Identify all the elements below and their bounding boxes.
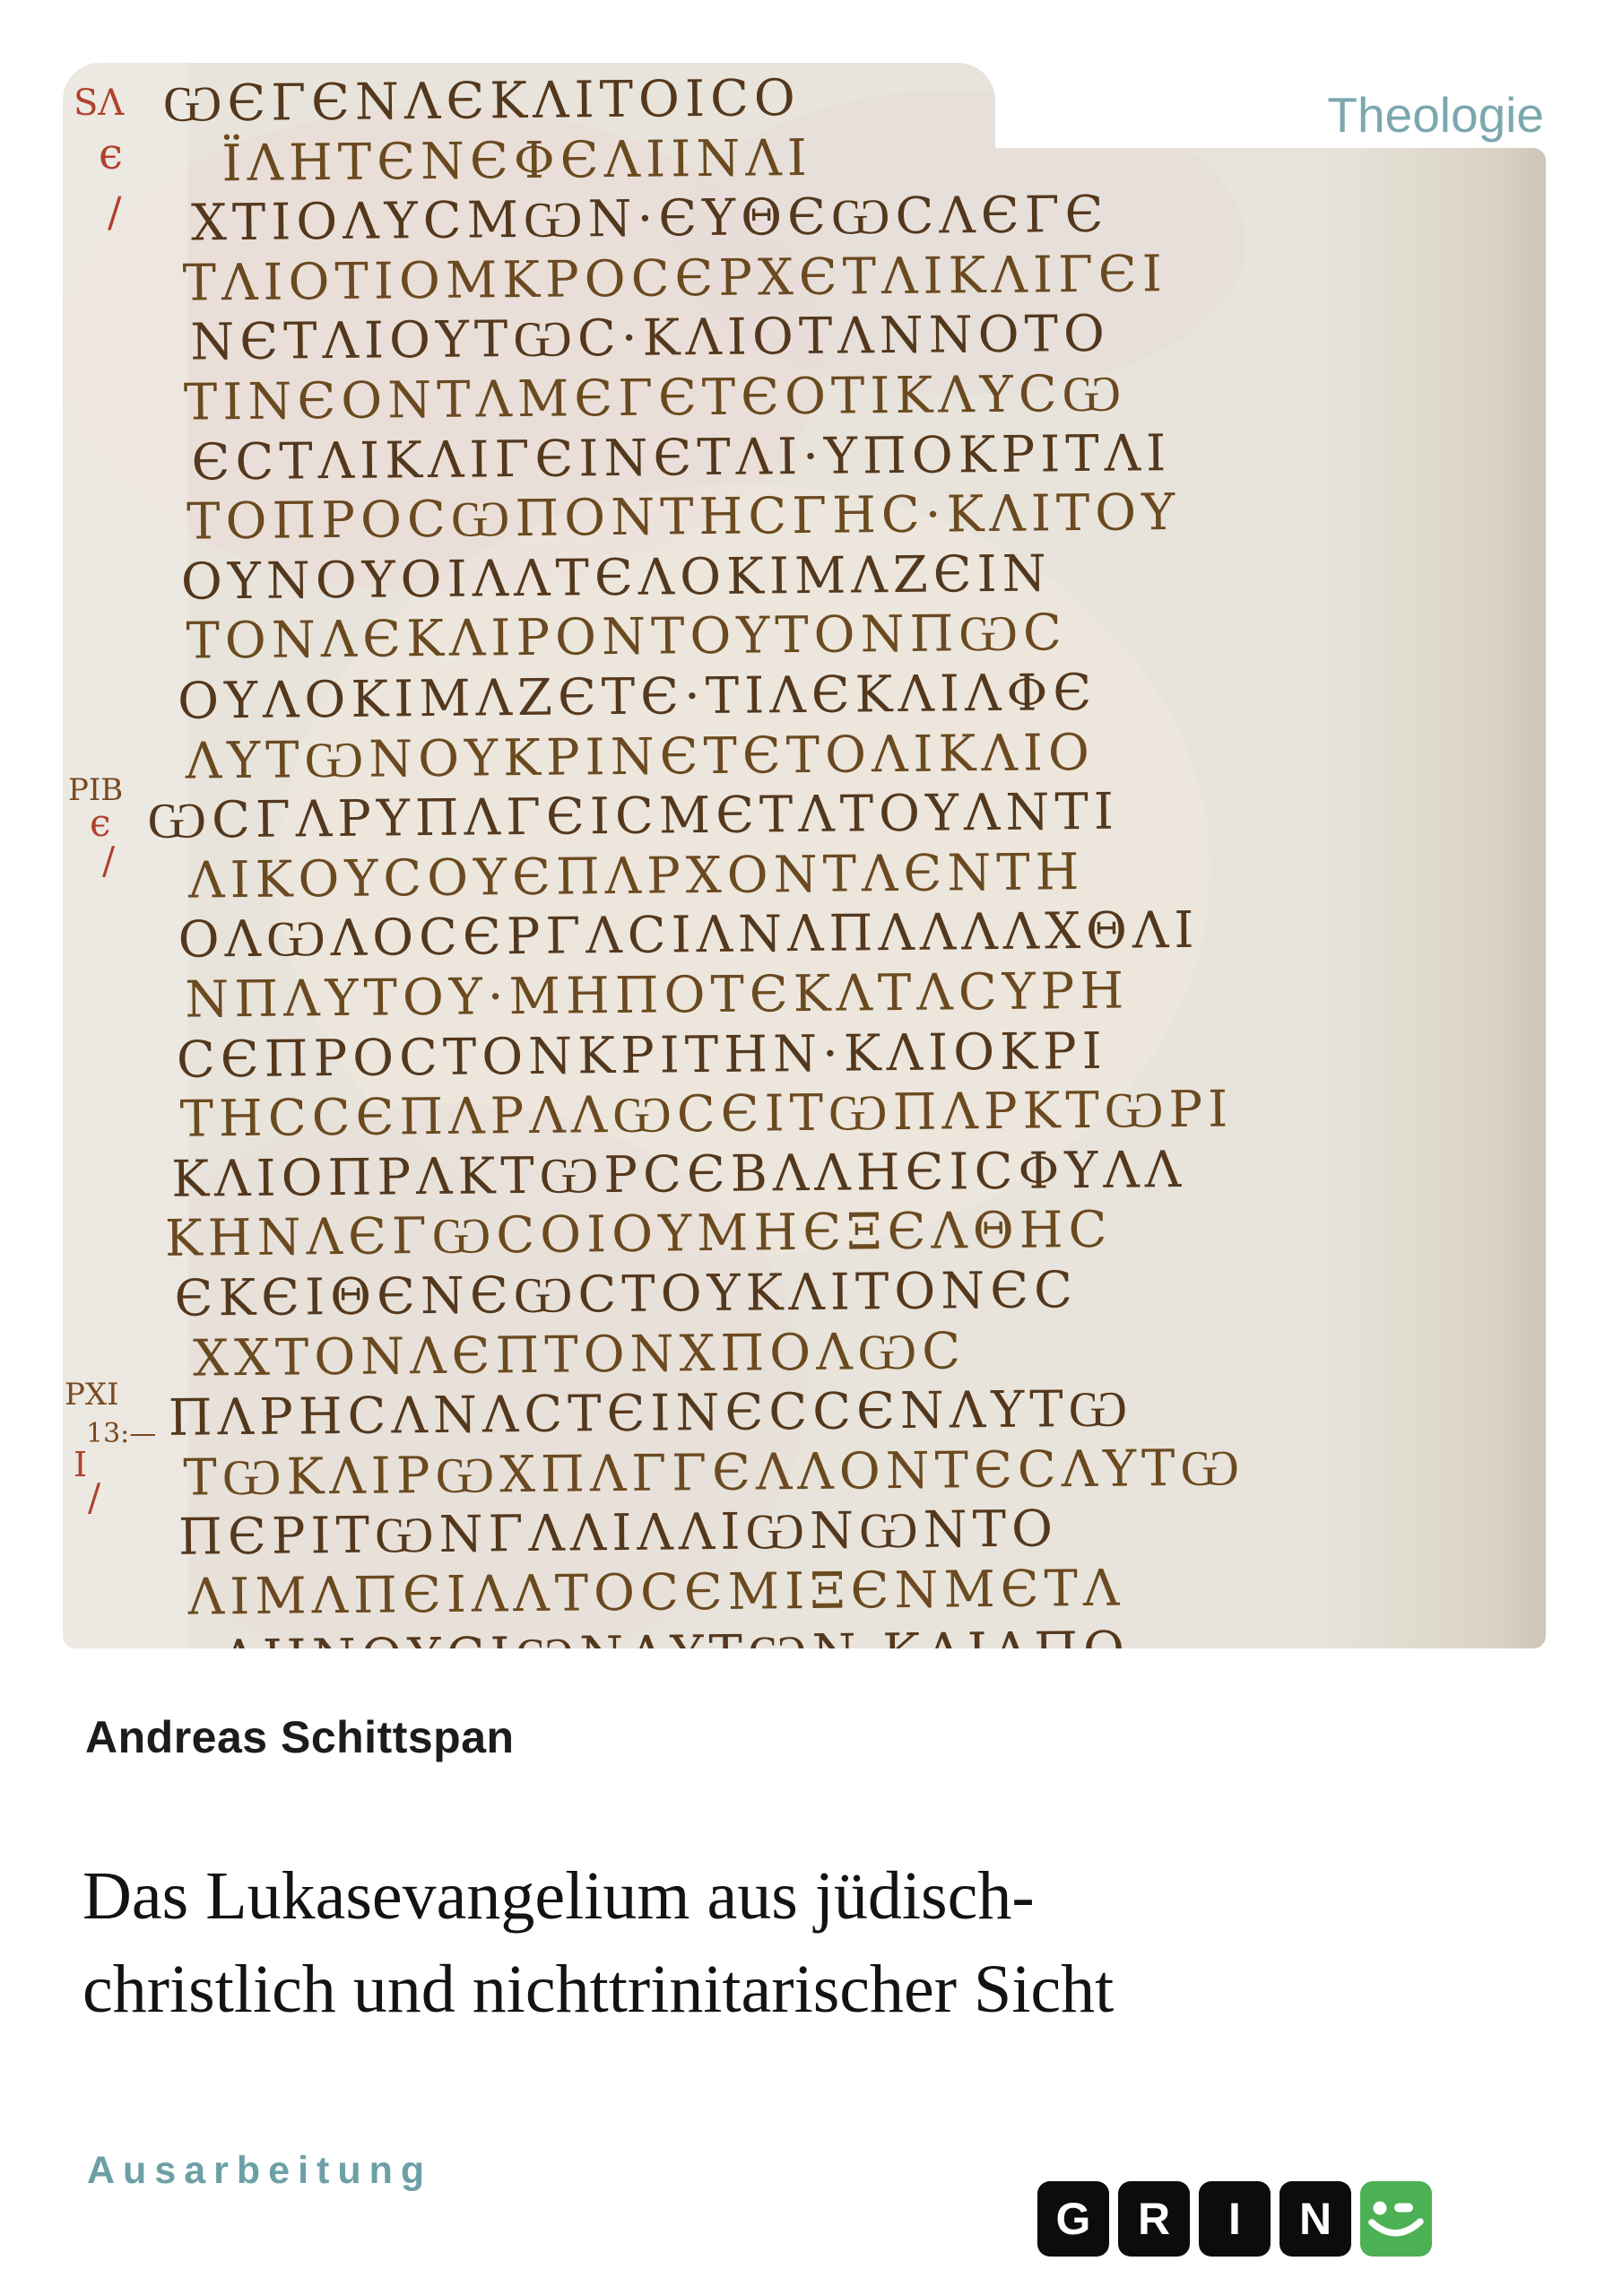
manuscript-text-line: ΟΛѠΛΟСЄΡΓΛСΙΛΝΛΠΛΛΛΛΧΘΛΙ [178,901,1199,970]
manuscript-text-line: ΛΥΤѠΝΟΥΚΡΙΝЄΤЄΤΟΛΙΚΛΙΟ [184,724,1095,791]
manuscript-margin-mark: / [108,187,122,236]
manuscript-text-line: ΤΟΝΛЄΚΛΙΡΟΝΤΟΥΤΟΝΠѠС [186,604,1067,670]
manuscript-margin-mark: ЅΛ [74,83,125,124]
manuscript-text-line: ΝΠΛΥΤΟΥ·ΜΗΠΟΤЄΚΛΤΛСΥΡΗ [185,962,1129,1030]
book-title-line1: Das Lukasevangelium aus jüdisch- [82,1858,1035,1934]
manuscript-text-line: ЄΚЄΙΘЄΝЄѠСΤΟΥΚΛΙΤΟΝЄС [174,1261,1078,1328]
grin-smiley-icon [1360,2181,1432,2257]
grin-logo-letters: GRIN [1037,2181,1351,2257]
manuscript-text-line: ΛΙΚΟΥСΟΥЄΠΛΡΧΟΝΤΛЄΝΤΗ [187,843,1085,910]
manuscript-text-line: ΤΛΙΟΤΙΟΜΚΡΟСЄΡΧЄΤΛΙΚΛΙΓЄΙ [182,245,1167,313]
manuscript-margin-mark: Ι [74,1445,87,1484]
author-name: Andreas Schittspan [85,1711,515,1763]
book-title-line2: christlich und nichttrinitarischer Sicht [82,1952,1114,2027]
grin-logo-letter-box: G [1037,2181,1109,2257]
book-cover-page: ѠЄΓЄΝΛЄΚΛΙΤΟΙСΟЇΛΗΤЄΝЄΦЄΛΙΙΝΛΙΧΤΙΟΛΥСΜѠΝ… [0,0,1622,2296]
manuscript-margin-mark: / [102,839,116,883]
manuscript-text-line: ЄСΤΛΙΚΛΙΓЄΙΝЄΤΛΙ·ΥΠΟΚΡΙΤΛΙ [191,424,1171,491]
manuscript-text-line: ΚΛΙΟΠΡΛΚΤѠΡСЄΒΛΛΗЄΙСΦΥΛΛ [171,1141,1187,1209]
manuscript-text-line: ΤΟΠΡΟСѠΠΟΝΤΗСΓΗС·ΚΛΙΤΟΥ [186,483,1181,552]
manuscript-text-line: ЇΛΗΤЄΝЄΦЄΛΙΙΝΛΙ [221,128,812,193]
parchment-background: ѠЄΓЄΝΛЄΚΛΙΤΟΙСΟЇΛΗΤЄΝЄΦЄΛΙΙΝΛΙΧΤΙΟΛΥСΜѠΝ… [63,63,1546,1648]
manuscript-margin-mark: ΡΧΙ [65,1377,119,1413]
manuscript-margin-mark: є [99,129,123,179]
manuscript-text-line: ΤΙΝЄΟΝΤΛΜЄΓЄΤЄΟΤΙΚΛΥСѠ [184,365,1127,432]
manuscript-text-line: ΛΙΜΛΠЄΙΛΛΤΟСЄΜΙΞЄΝΜЄΤΛ [186,1560,1124,1627]
manuscript-text-line: ѠСΓΛΡΥΠΛΓЄΙСΜЄΤΛΤΟΥΛΝΤΙ [147,783,1119,850]
manuscript-text-line: ΠЄΡΙΤѠΝΓΛΛΙΛΛΙѠΝѠΝΤΟ [178,1500,1059,1566]
grin-smiley-box [1360,2181,1432,2257]
manuscript-margin-mark: / [88,1475,101,1519]
grin-logo: GRIN [1037,2181,1432,2257]
grin-logo-letter-box: R [1118,2181,1190,2257]
manuscript-text-line: ΤΗССЄΠΛΡΛΛѠСЄΙΤѠΠΛΡΚΤѠΡΙ [179,1080,1233,1148]
grin-logo-letter-box: N [1279,2181,1351,2257]
manuscript-image: ѠЄΓЄΝΛЄΚΛΙΤΟΙСΟЇΛΗΤЄΝЄΦЄΛΙΙΝΛΙΧΤΙΟΛΥСΜѠΝ… [63,63,1546,1648]
manuscript-text-line: ѠЄΓЄΝΛЄΚΛΙΤΟΙСΟ [162,69,801,134]
manuscript-text-line: ΝЄΤΛΙΟΥΤѠС·ΚΛΙΟΤΛΝΝΟΤΟ [190,305,1110,372]
manuscript-text-line: ΟΥΝΟΥΟΙΛΛΤЄΛΟΚΙΜΛΖЄΙΝ [181,544,1052,611]
grin-logo-letter-box: I [1199,2181,1271,2257]
book-title: Das Lukasevangelium aus jüdisch- christl… [82,1849,1114,2036]
manuscript-text-line: ΟΥΛΟΚΙΜΛΖЄΤЄ·ΤΙΛЄΚΛΙΛΦЄ [178,664,1097,731]
category-label: Theologie [1327,86,1544,143]
manuscript-text-line: ΠΛΡΗСΛΝΛСΤЄΙΝЄССЄΝΛΥΤѠ [169,1380,1133,1448]
manuscript-text-line: ΧΧΤΟΝΛЄΠΤΟΝΧΠΟΛѠС [193,1322,967,1387]
manuscript-text-line: ΤѠΚΛΙΡѠΧΠΛΓΓЄΛΛΟΝΤЄСΛΥΤѠ [183,1439,1245,1507]
manuscript-text-line: СЄΠΡΟСΤΟΝΚΡΙΤΗΝ·ΚΛΙΟΚΡΙ [177,1022,1107,1090]
manuscript-text-line: ΚΗΝΛЄΓѠСΟΙΟΥΜΗЄΞЄΛΘΗС [165,1201,1113,1268]
manuscript-text-block: ѠЄΓЄΝΛЄΚΛΙΤΟΙСΟЇΛΗΤЄΝЄΦЄΛΙΙΝΛΙΧΤΙΟΛΥСΜѠΝ… [140,65,1246,1648]
document-type-label: Ausarbeitung [87,2149,432,2193]
manuscript-margin-mark: 13:— [86,1418,156,1449]
manuscript-text-line: ΧΤΙΟΛΥСΜѠΝ·ЄΥΘЄѠСΛЄΓЄ [191,186,1109,253]
